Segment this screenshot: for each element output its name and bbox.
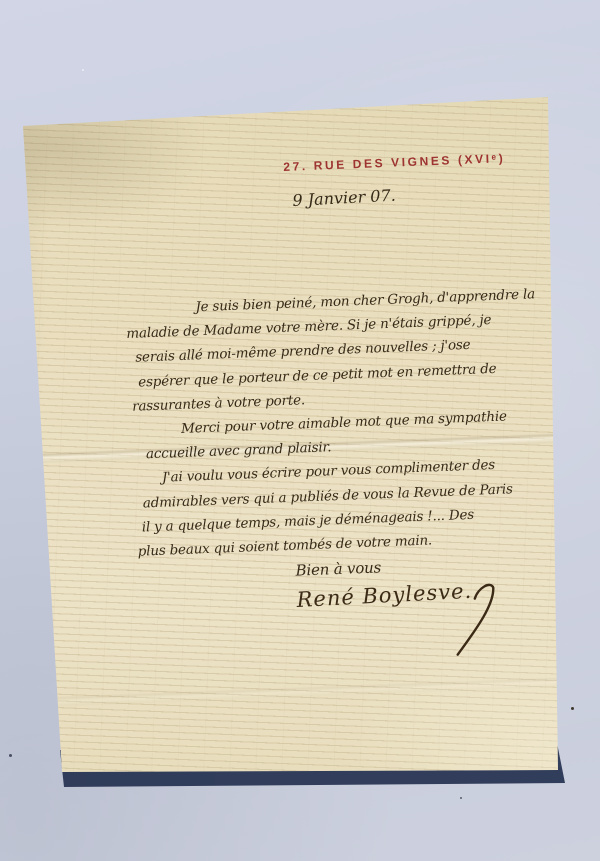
dust-speck: [571, 707, 574, 710]
signature-flourish-stroke: [446, 575, 512, 664]
dust-speck: [460, 797, 462, 799]
letter-photograph: 27. RUE DES VIGNES (XVIᵉ) 9 Janvier 07. …: [0, 0, 600, 861]
letter-sheet: 27. RUE DES VIGNES (XVIᵉ) 9 Janvier 07. …: [0, 0, 600, 861]
fold-crease: [20, 678, 565, 708]
dust-speck: [9, 754, 12, 757]
letter-body: Je suis bien peiné, mon cher Grogh, d'ap…: [125, 282, 546, 589]
printed-letterhead-address: 27. RUE DES VIGNES (XVIᵉ): [283, 151, 506, 174]
signature: René Boylesve.: [296, 577, 511, 683]
dust-speck: [82, 69, 84, 71]
handwritten-date: 9 Janvier 07.: [292, 186, 396, 210]
